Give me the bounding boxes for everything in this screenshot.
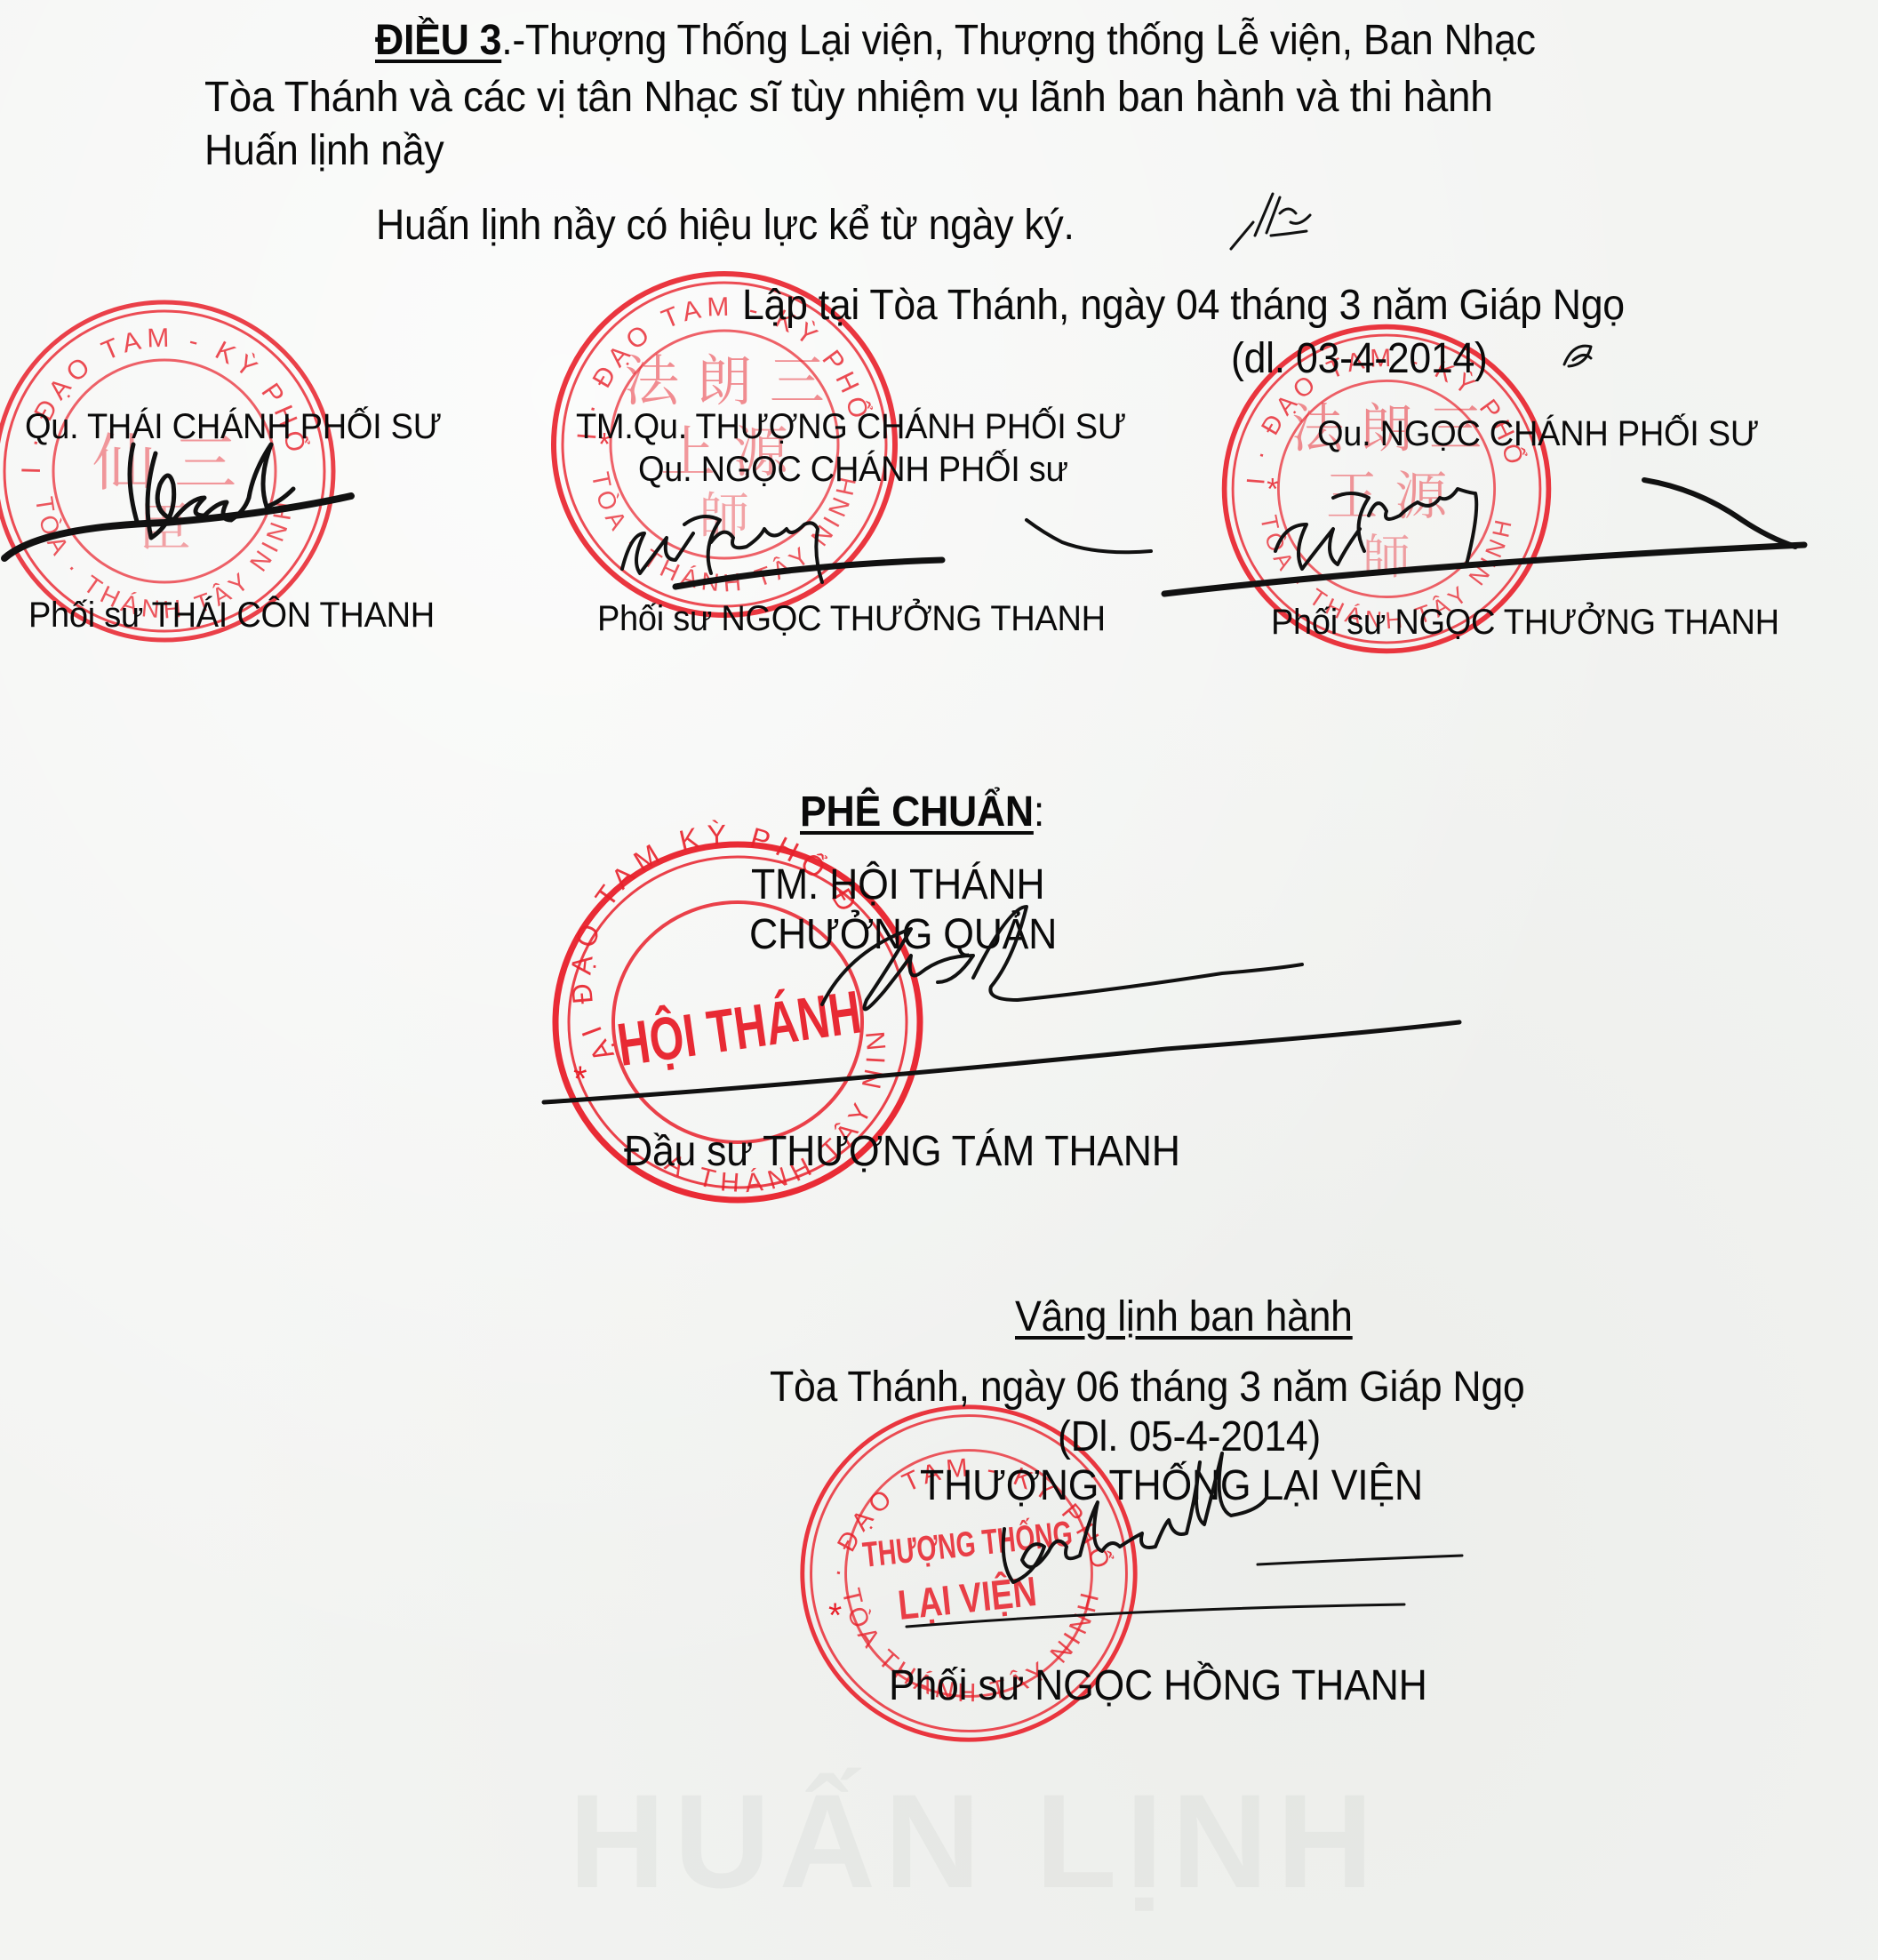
approval-line-1: TM. HỘI THÁNH (751, 864, 1044, 907)
promulgation-place-date: Tòa Thánh, ngày 06 tháng 3 năm Giáp Ngọ (770, 1366, 1524, 1409)
signatory-2-name: Phối sư NGỌC THƯỞNG THANH (597, 601, 1106, 636)
approval-line-2: CHƯỞNG QUẢN (749, 914, 1057, 956)
promulgation-signer-name: Phối sư NGỌC HỒNG THANH (889, 1665, 1427, 1708)
signatory-2-subtitle: Qu. NGỌC CHÁNH PHỐI sư (638, 452, 1068, 487)
approval-signer-name: Đầu sư THƯỢNG TÁM THANH (624, 1131, 1180, 1173)
signatory-1-name: Phối sư THÁI CÔN THANH (28, 597, 435, 633)
approval-heading: PHÊ CHUẨN: (800, 791, 1044, 834)
signatory-2-title: TM.Qu. THƯỢNG CHÁNH PHỐI SƯ (576, 409, 1126, 444)
signatory-3-name: Phối sư NGỌC THƯỞNG THANH (1271, 604, 1779, 640)
effective-clause: Huấn lịnh nầy có hiệu lực kể từ ngày ký. (376, 204, 1075, 247)
article-3-line-2: Tòa Thánh và các vị tân Nhạc sĩ tùy nhiệ… (204, 76, 1492, 119)
article-3-line-3: Huấn lịnh nầy (204, 130, 444, 172)
signatory-1-title: Qu. THÁI CHÁNH PHỐI SƯ (25, 409, 442, 444)
bleed-through-ghost: HUẤN LỊNH (569, 1764, 1382, 1918)
signatory-3-title: Qu. NGỌC CHÁNH PHỐI SƯ (1317, 416, 1759, 452)
promulgation-office: THƯỢNG THỐNG LẠI VIỆN (920, 1465, 1423, 1508)
promulgation-heading: Vâng lịnh ban hành (1015, 1296, 1353, 1339)
article-3-label: ĐIỀU 3 (375, 17, 501, 64)
article-3-line-1: ĐIỀU 3.-Thượng Thống Lại viện, Thượng th… (375, 20, 1536, 62)
promulgation-solar-date: (Dl. 05-4-2014) (1058, 1416, 1321, 1459)
issued-solar-date: (dl. 03-4-2014) (1231, 338, 1488, 380)
issued-place-date: Lập tại Tòa Thánh, ngày 04 tháng 3 năm G… (742, 284, 1625, 327)
